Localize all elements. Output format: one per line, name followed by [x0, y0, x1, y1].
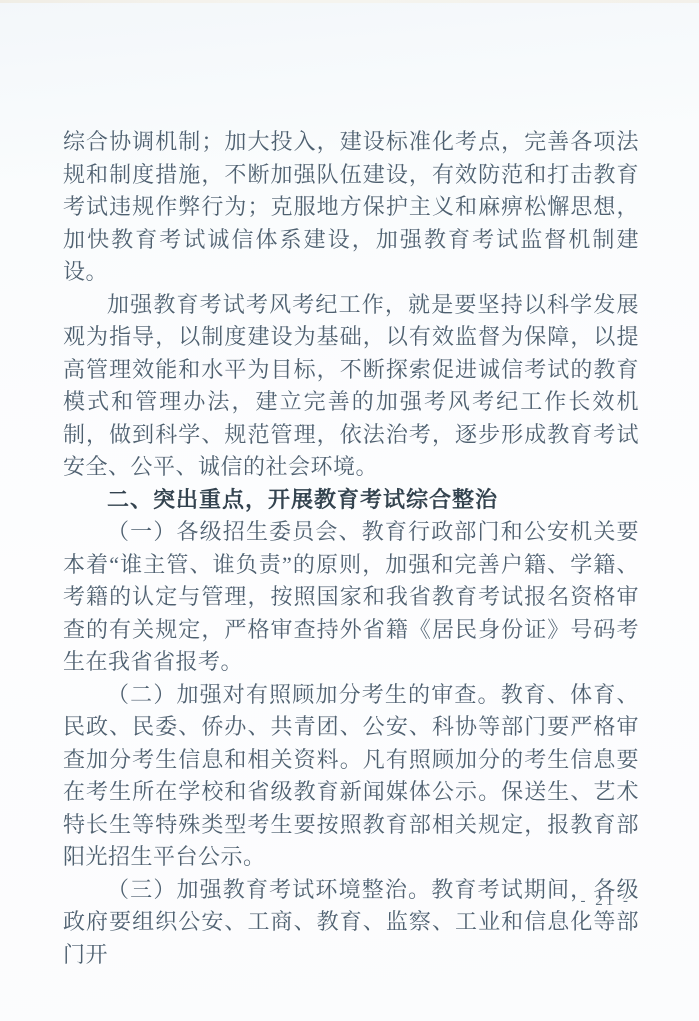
paragraph-item-2: （二）加强对有照顾加分考生的审查。教育、体育、民政、民委、侨办、共青团、公安、科…: [63, 679, 639, 874]
document-body: 综合协调机制；加大投入，建设标准化考点，完善各项法规和制度措施，不断加强队伍建设…: [63, 126, 639, 971]
scan-edge: [0, 0, 699, 3]
paragraph-item-1: （一）各级招生委员会、教育行政部门和公安机关要本着“谁主管、谁负责”的原则，加强…: [63, 516, 639, 679]
paragraph: 加强教育考试考风考纪工作，就是要坚持以科学发展观为指导，以制度建设为基础，以有效…: [63, 289, 639, 484]
paragraph-continuation: 综合协调机制；加大投入，建设标准化考点，完善各项法规和制度措施，不断加强队伍建设…: [63, 126, 639, 289]
page-number: - 21 -: [581, 893, 632, 910]
section-heading: 二、突出重点，开展教育考试综合整治: [63, 484, 639, 517]
paragraph-item-3: （三）加强教育考试环境整治。教育考试期间，各级政府要组织公安、工商、教育、监察、…: [63, 874, 639, 972]
